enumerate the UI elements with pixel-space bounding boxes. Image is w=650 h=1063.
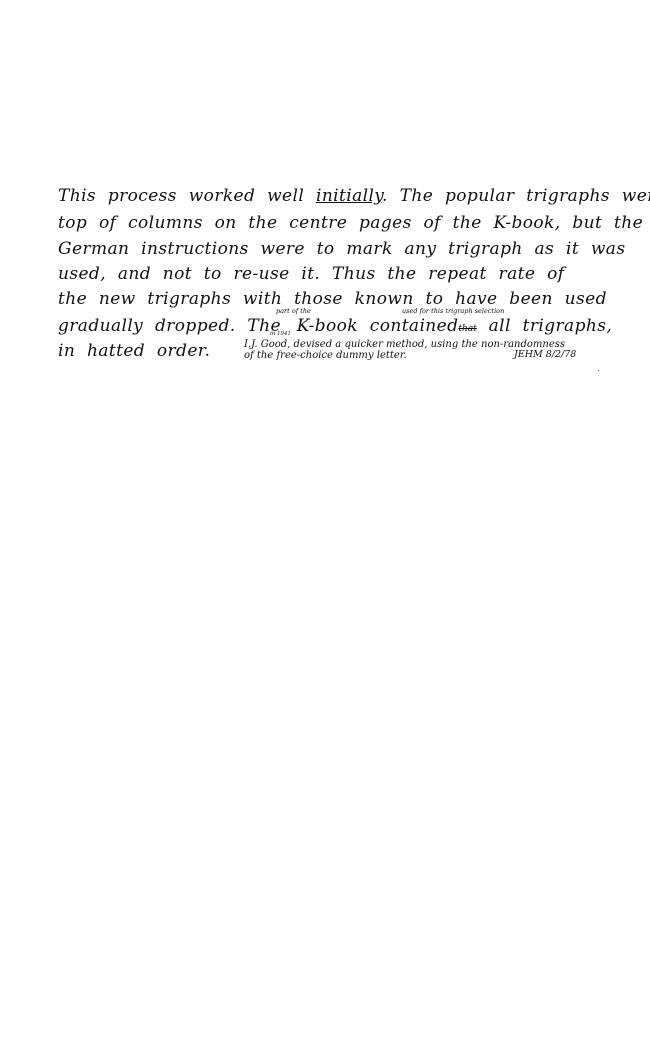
- document-page: This process worked well initially. The …: [0, 0, 650, 1063]
- line-6-text-a: gradually dropped. The: [58, 316, 281, 336]
- manuscript-line-4: used, and not to re-use it. Thus the rep…: [58, 264, 564, 284]
- manuscript-line-2: top of columns on the centre pages of th…: [58, 213, 643, 233]
- manuscript-line-7: in hatted order.: [58, 341, 210, 361]
- line-1-text-a: This process worked well: [58, 186, 316, 206]
- signature-date: JEHM 8/2/78: [514, 349, 576, 360]
- line-6-k-book: K-book: [297, 316, 358, 336]
- manuscript-line-3: German instructions were to mark any tri…: [58, 239, 625, 259]
- line-6-contained: contained: [370, 316, 459, 336]
- manuscript-line-5: the new trigraphs with those known to ha…: [58, 289, 607, 309]
- scan-speck: [318, 330, 319, 331]
- insertion-in-1941: in 1941: [270, 331, 291, 337]
- manuscript-line-6: gradually dropped. The K-book containedt…: [58, 316, 612, 339]
- underlined-word-initially: initially: [316, 186, 382, 206]
- annotation-line-2: of the free-choice dummy letter.: [244, 350, 407, 361]
- manuscript-line-1: This process worked well initially. The …: [58, 186, 650, 206]
- struck-word-that: that: [458, 324, 476, 334]
- insertion-part-of-the: part of the: [276, 307, 311, 315]
- insertion-used-for-selection: used for this trigraph selection: [402, 307, 504, 315]
- line-7-text: in hatted order.: [58, 341, 210, 361]
- line-1-text-b: . The popular trigraphs were at the: [382, 186, 650, 206]
- line-6-text-b: all trigraphs,: [489, 316, 613, 336]
- scan-speck: [598, 370, 599, 371]
